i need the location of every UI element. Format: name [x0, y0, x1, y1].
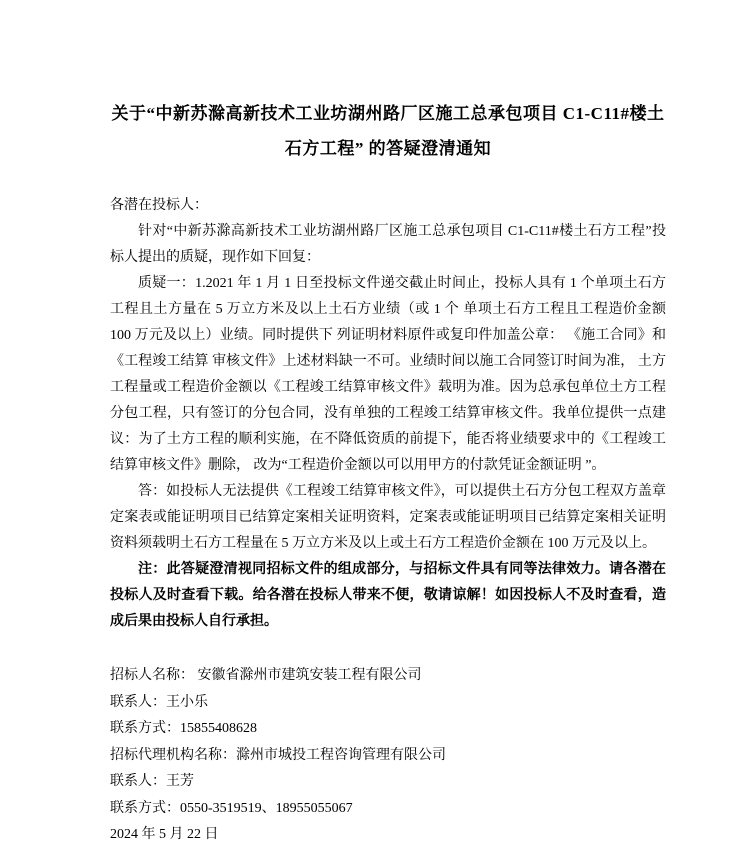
question-paragraph: 质疑一：1.2021 年 1 月 1 日至投标文件递交截止时间止，投标人具有 1… [110, 271, 666, 479]
answer-paragraph: 答：如投标人无法提供《工程竣工结算审核文件》，可以提供土石方分包工程双方盖章定案… [110, 479, 666, 557]
document-page: 关于“中新苏滁高新技术工业坊湖州路厂区施工总承包项目 C1-C11#楼土石方工程… [0, 0, 750, 856]
tenderer-contact-person-line: 联系人：王小乐 [110, 690, 666, 717]
salutation-line: 各潜在投标人： [110, 193, 666, 219]
document-body: 各潜在投标人： 针对“中新苏滁高新技术工业坊湖州路厂区施工总承包项目 C1-C1… [110, 193, 666, 635]
tenderer-name-line: 招标人名称： 安徽省滁州市建筑安装工程有限公司 [110, 663, 666, 690]
page-title: 关于“中新苏滁高新技术工业坊湖州路厂区施工总承包项目 C1-C11#楼土石方工程… [110, 96, 666, 166]
note-paragraph: 注：此答疑澄清视同招标文件的组成部分，与招标文件具有同等法律效力。请各潜在投标人… [110, 557, 666, 635]
agency-name-line: 招标代理机构名称：滁州市城投工程咨询管理有限公司 [110, 743, 666, 770]
document-date: 2024 年 5 月 22 日 [110, 822, 666, 849]
tenderer-phone-line: 联系方式：15855408628 [110, 716, 666, 743]
agency-phone-line: 联系方式：0550-3519519、18955055067 [110, 796, 666, 823]
agency-contact-person-line: 联系人：王芳 [110, 769, 666, 796]
contact-info-block: 招标人名称： 安徽省滁州市建筑安装工程有限公司 联系人：王小乐 联系方式：158… [110, 663, 666, 849]
intro-paragraph: 针对“中新苏滁高新技术工业坊湖州路厂区施工总承包项目 C1-C11#楼土石方工程… [110, 219, 666, 271]
